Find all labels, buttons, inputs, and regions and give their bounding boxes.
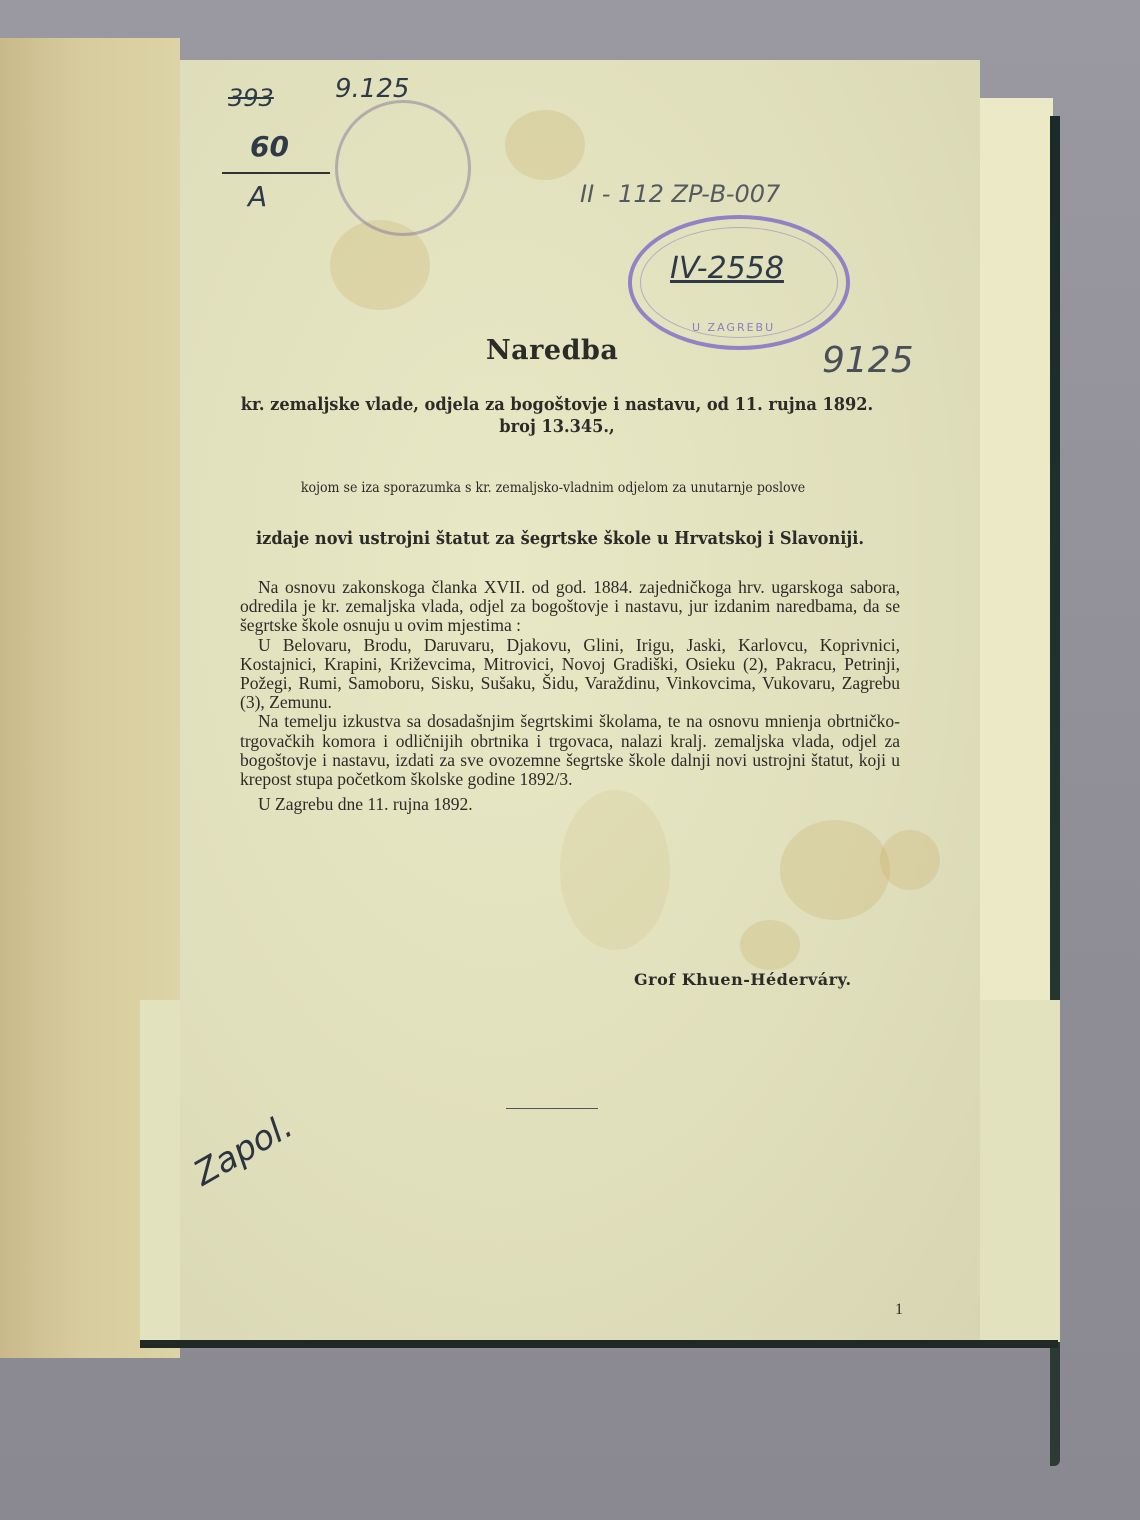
document-title: Naredba <box>486 335 618 366</box>
signature: Grof Khuen-Héderváry. <box>634 970 852 989</box>
inventory-number: 9125 <box>822 340 914 381</box>
page-number: 1 <box>895 1301 903 1319</box>
round-library-stamp <box>335 100 471 236</box>
paragraph: Na osnovu zakonskoga članka XVII. od god… <box>240 578 900 636</box>
book-cover-bottom <box>140 1340 1058 1348</box>
catalog-annotation: II - 112 ZP-B-007 <box>580 180 780 208</box>
fraction-rule <box>222 172 330 174</box>
document-body: Na osnovu zakonskoga članka XVII. od god… <box>240 578 900 814</box>
fraction-numerator: 60 <box>250 130 289 163</box>
paragraph: U Belovaru, Brodu, Daruvaru, Djakovu, Gl… <box>240 636 900 713</box>
paragraph: U Zagrebu dne 11. rujna 1892. <box>240 795 900 814</box>
stamp-number: IV-2558 <box>670 251 784 286</box>
paragraph: Na temelju izkustva sa dosadašnjim šegrt… <box>240 712 900 789</box>
decree-subject: izdaje novi ustrojni štatut za šegrtske … <box>236 528 884 550</box>
stamp-place: U ZAGREBU <box>692 321 775 334</box>
oval-library-stamp: IV-2558 U ZAGREBU <box>628 215 850 350</box>
fraction-denominator: A <box>248 180 267 213</box>
decree-reference: kr. zemaljske vlade, odjela za bogoštovj… <box>232 394 882 438</box>
struck-shelf-number: 393 <box>228 84 274 112</box>
decree-description: kojom se iza sporazumka s kr. zemaljsko-… <box>208 478 898 498</box>
closing-rule <box>506 1108 598 1109</box>
